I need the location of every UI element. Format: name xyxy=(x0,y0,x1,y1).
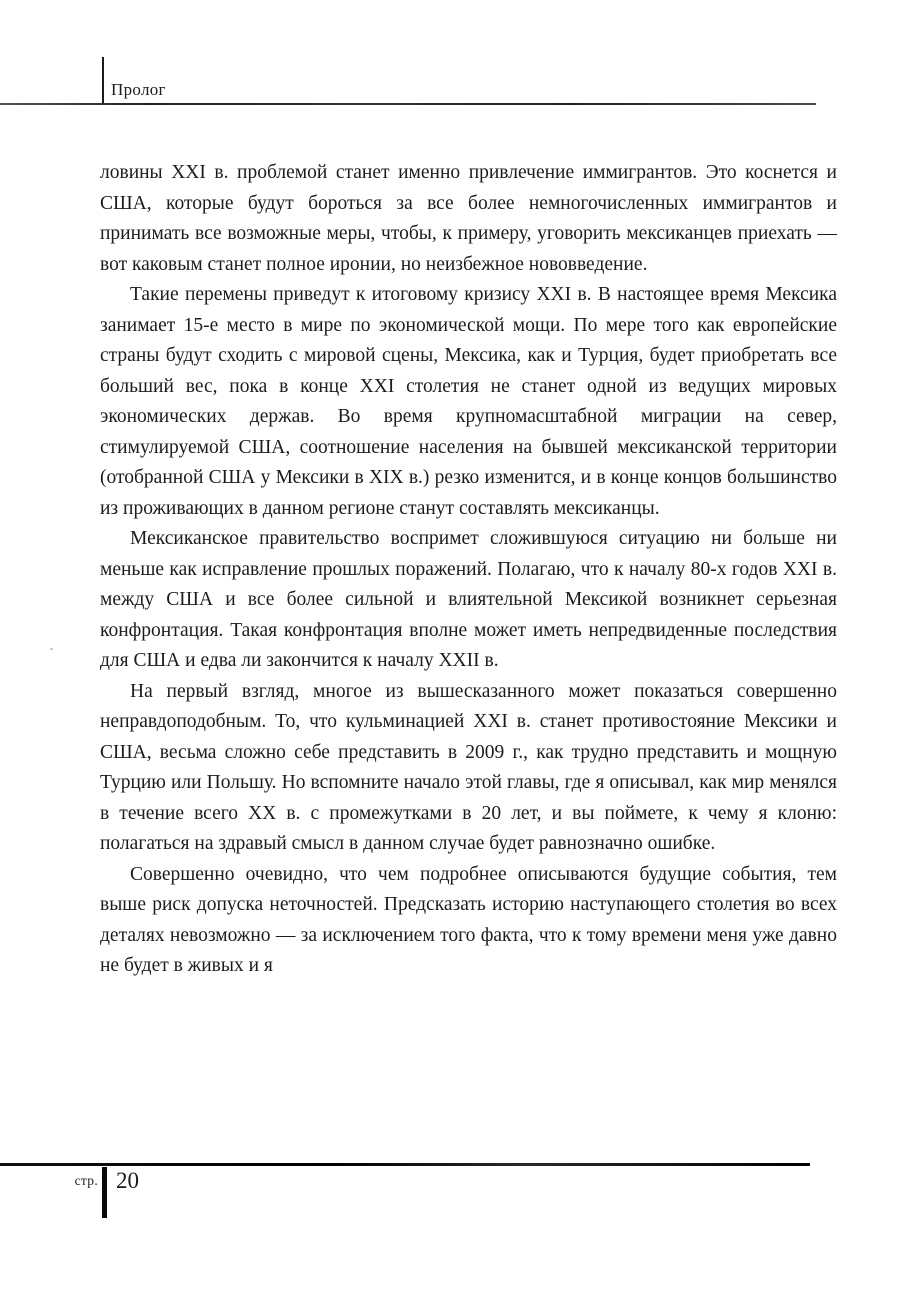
paragraph: На первый взгляд, многое из вышесказанно… xyxy=(100,677,837,860)
footer-rule xyxy=(0,1163,810,1166)
paragraph: Мексиканское правительство воспримет сло… xyxy=(100,524,837,677)
footer-bar xyxy=(102,1167,107,1218)
book-page: Пролог ловины XXI в. проблемой станет им… xyxy=(0,0,900,1304)
body-text: ловины XXI в. проблемой станет именно пр… xyxy=(100,158,837,982)
paragraph: Такие перемены приведут к итоговому криз… xyxy=(100,280,837,524)
paragraph: Совершенно очевидно, что чем подробнее о… xyxy=(100,860,837,982)
running-header: Пролог xyxy=(102,57,166,104)
paragraph: ловины XXI в. проблемой станет именно пр… xyxy=(100,158,837,280)
header-rule xyxy=(0,103,816,105)
footer-page-word: стр. xyxy=(70,1173,98,1189)
chapter-title: Пролог xyxy=(111,81,166,104)
page-number: 20 xyxy=(116,1168,139,1194)
scan-speck xyxy=(50,648,53,650)
